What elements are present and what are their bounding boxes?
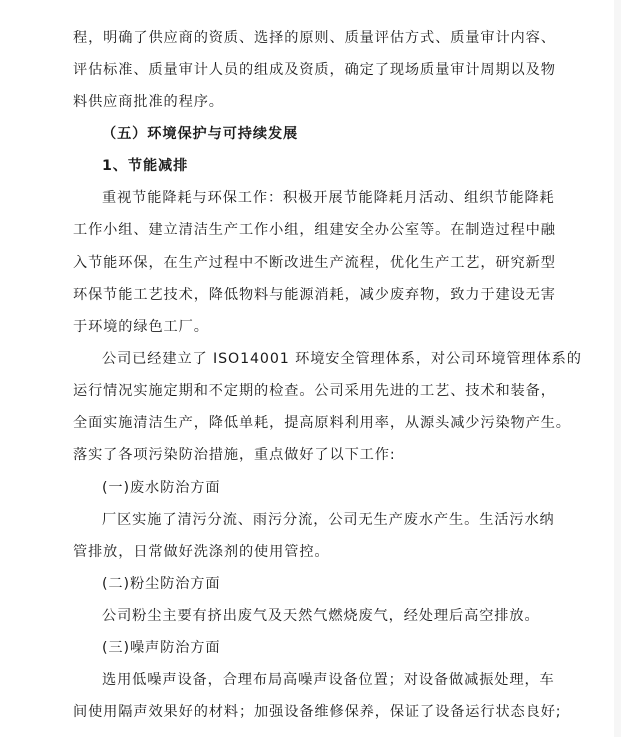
subsection-heading: 1、节能减排: [102, 156, 582, 176]
item-heading-wastewater: (一)废水防治方面: [102, 478, 582, 498]
paragraph-line: 管排放，日常做好洗涤剂的使用管控。: [73, 542, 553, 562]
item-heading-dust: (二)粉尘防治方面: [102, 574, 582, 594]
paragraph-line: 评估标准、质量审计人员的组成及资质，确定了现场质量审计周期以及物: [73, 60, 553, 80]
paragraph-line: 入节能环保，在生产过程中不断改进生产流程，优化生产工艺，研究新型: [73, 253, 553, 273]
item-heading-noise: (三)噪声防治方面: [102, 638, 582, 658]
paragraph-line: 工作小组、建立清洁生产工作小组，组建安全办公室等。在制造过程中融: [73, 220, 553, 240]
paragraph-line: 运行情况实施定期和不定期的检查。公司采用先进的工艺、技术和装备，: [73, 381, 553, 401]
paragraph-line: 环保节能工艺技术，降低物料与能源消耗，减少废弃物，致力于建设无害: [73, 285, 553, 305]
paragraph-line: 落实了各项污染防治措施，重点做好了以下工作:: [73, 445, 553, 465]
paragraph-line: 料供应商批准的程序。: [73, 92, 553, 112]
paragraph-line: 程，明确了供应商的资质、选择的原则、质量评估方式、质量审计内容、: [73, 28, 553, 48]
page-edge-gutter: [614, 0, 621, 737]
section-heading: （五）环境保护与可持续发展: [102, 124, 582, 144]
paragraph-line: 公司粉尘主要有挤出废气及天然气燃烧废气，经处理后高空排放。: [102, 606, 582, 626]
document-page: 程，明确了供应商的资质、选择的原则、质量评估方式、质量审计内容、 评估标准、质量…: [0, 0, 614, 737]
paragraph-line: 间使用隔声效果好的材料；加强设备维修保养，保证了设备运行状态良好;: [73, 702, 553, 722]
paragraph-line: 选用低噪声设备，合理布局高噪声设备位置；对设备做减振处理，车: [102, 670, 582, 690]
paragraph-line: 公司已经建立了 ISO14001 环境安全管理体系，对公司环境管理体系的: [102, 349, 582, 369]
paragraph-line: 全面实施清洁生产，降低单耗，提高原料利用率，从源头减少污染物产生。: [73, 413, 553, 433]
paragraph-line: 重视节能降耗与环保工作：积极开展节能降耗月活动、组织节能降耗: [102, 188, 582, 208]
paragraph-line: 于环境的绿色工厂。: [73, 317, 553, 337]
paragraph-line: 厂区实施了清污分流、雨污分流，公司无生产废水产生。生活污水纳: [102, 510, 582, 530]
